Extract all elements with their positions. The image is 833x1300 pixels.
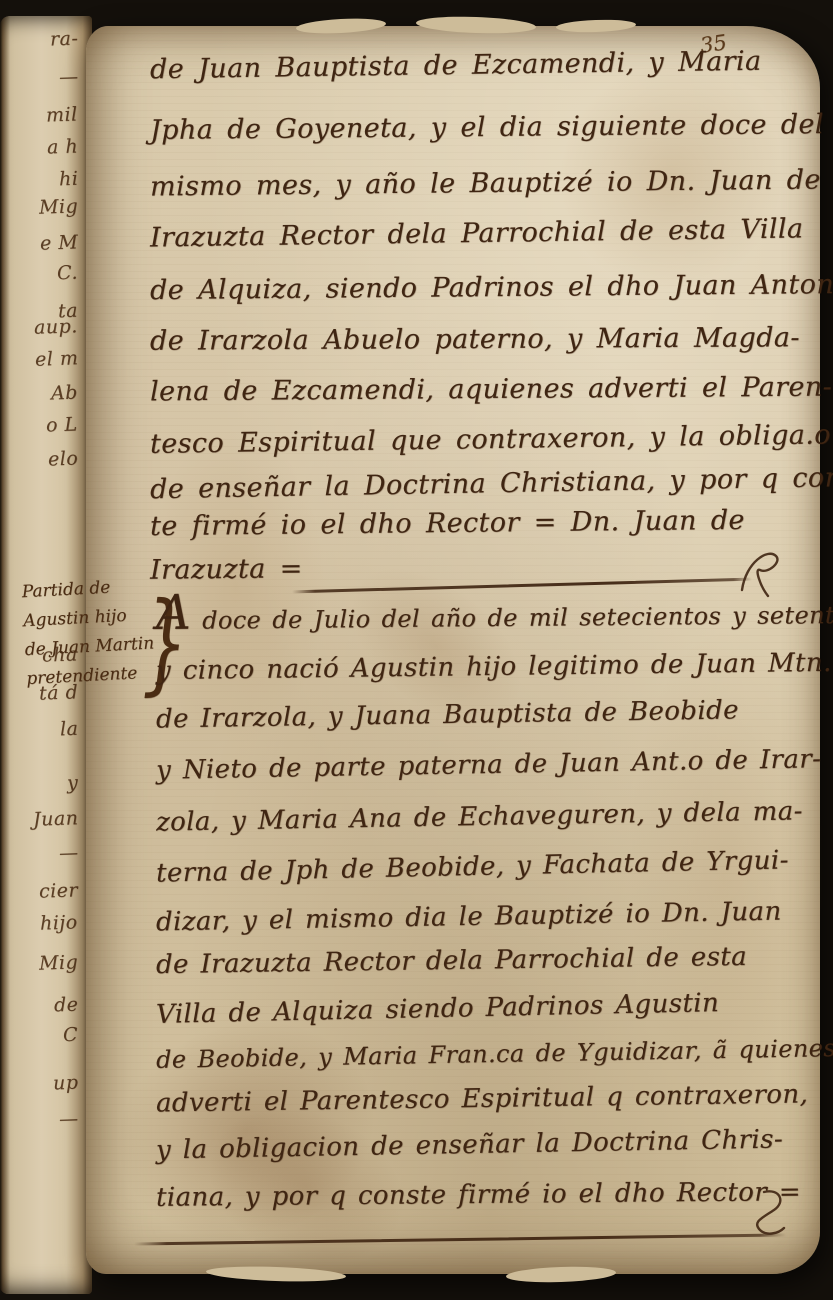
page-edge-text-fragment: Mig bbox=[38, 195, 78, 218]
closing-rule bbox=[134, 1233, 786, 1245]
manuscript-line: te firmé io el dho Rector = Dn. Juan de bbox=[150, 505, 745, 542]
manuscript-line: tesco Espiritual que contraxeron, y la o… bbox=[150, 419, 833, 460]
manuscript-line: de Juan Bauptista de Ezcamendi, y Maria bbox=[150, 46, 762, 86]
page-edge-text-fragment: el m bbox=[34, 347, 78, 371]
manuscript-line: Irazuzta Rector dela Parrochial de esta … bbox=[150, 213, 804, 253]
manuscript-line: y Nieto de parte paterna de Juan Ant.o d… bbox=[156, 744, 822, 786]
manuscript-line: de Irazuzta Rector dela Parrochial de es… bbox=[156, 942, 747, 980]
page-edge-text-fragment: up bbox=[52, 1072, 78, 1095]
page-edge-text-fragment: o L bbox=[46, 413, 78, 436]
manuscript-line: zola, y Maria Ana de Echaveguren, y dela… bbox=[156, 796, 803, 837]
deckle-edge bbox=[296, 17, 387, 36]
page-edge-text-fragment: de bbox=[53, 994, 78, 1017]
deckle-edge bbox=[506, 1265, 616, 1284]
page-edge-text-fragment: elo bbox=[47, 447, 78, 470]
manuscript-line: Jpha de Goyeneta, y el dia siguiente doc… bbox=[150, 109, 824, 146]
page-edge-text-fragment: mil bbox=[46, 103, 78, 126]
manuscript-line: Villa de Alquiza siendo Padrinos Agustin bbox=[156, 988, 720, 1030]
page-edge-text-fragment: — bbox=[58, 842, 78, 865]
manuscript-page: 35 de Juan Bauptista de Ezcamendi, y Mar… bbox=[86, 26, 820, 1274]
page-edge-text-fragment: y bbox=[66, 772, 78, 794]
manuscript-line: terna de Jph de Beobide, y Fachata de Yr… bbox=[156, 845, 789, 888]
manuscript-line: mismo mes, y año le Bauptizé io Dn. Juan… bbox=[150, 164, 821, 202]
page-edge-text-fragment: C. bbox=[57, 262, 79, 285]
page-edge-text-fragment: aup. bbox=[34, 315, 79, 339]
deckle-edge bbox=[206, 1265, 346, 1284]
page-edge-text-fragment: hi bbox=[58, 168, 78, 191]
entry-divider-rule bbox=[292, 578, 752, 594]
manuscript-line: de Irarzola Abuelo paterno, y Maria Magd… bbox=[150, 322, 800, 356]
page-edge-text-fragment: — bbox=[58, 66, 78, 89]
manuscript-line: dizar, y el mismo dia le Bauptizé io Dn.… bbox=[156, 897, 782, 938]
manuscript-line: lena de Ezcamendi, aquienes adverti el P… bbox=[150, 372, 832, 408]
page-edge-text-fragment: Juan bbox=[32, 807, 78, 831]
manuscript-line: adverti el Parentesco Espiritual q contr… bbox=[156, 1079, 809, 1118]
manuscript-line: y cinco nació Agustin hijo legitimo de J… bbox=[156, 648, 832, 686]
page-edge-text-fragment: la bbox=[59, 718, 78, 741]
page-edge-text-fragment: hijo bbox=[40, 911, 78, 934]
manuscript-line: de Beobide, y Maria Fran.ca de Yguidizar… bbox=[156, 1034, 833, 1074]
manuscript-line: de Irarzola, y Juana Bauptista de Beobid… bbox=[156, 695, 739, 734]
manuscript-line: de enseñar la Doctrina Christiana, y por… bbox=[150, 462, 833, 505]
page-edge-text-fragment: — bbox=[58, 1108, 78, 1131]
page-edge-text-fragment: C bbox=[63, 1024, 79, 1047]
deckle-edge bbox=[416, 15, 536, 35]
page-edge-text-fragment: a h bbox=[47, 135, 79, 158]
deckle-edge bbox=[556, 19, 636, 34]
page-edge-text-fragment: Mig bbox=[38, 951, 78, 974]
page-edge-text-fragment: Ab bbox=[51, 382, 79, 405]
manuscript-line: y la obligacion de enseñar la Doctrina C… bbox=[156, 1125, 784, 1166]
manuscript-line: tiana, y por q conste firmé io el dho Re… bbox=[156, 1177, 801, 1213]
manuscript-line: de Alquiza, siendo Padrinos el dho Juan … bbox=[150, 269, 833, 306]
page-edge-text-fragment: cier bbox=[39, 879, 79, 902]
manuscript-line: A doce de Julio del año de mil setecient… bbox=[156, 591, 833, 635]
page-edge-text-fragment: e M bbox=[39, 231, 78, 254]
page-edge-text-fragment: ra- bbox=[49, 28, 78, 51]
